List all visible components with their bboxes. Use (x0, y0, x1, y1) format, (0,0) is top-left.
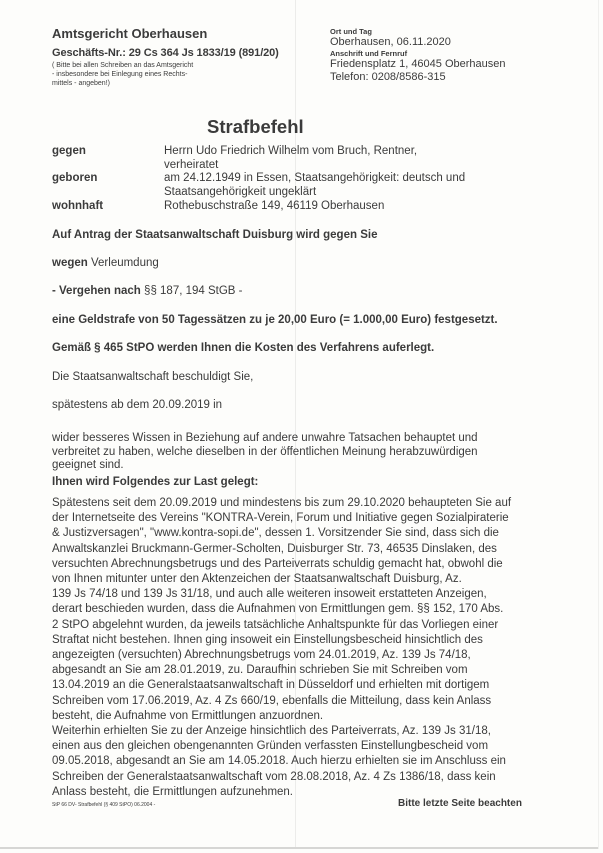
text-line: & Justizversagen", "www.kontra-sopi.de",… (52, 526, 572, 541)
note-line: - insbesondere bei Einlegung eines Recht… (52, 70, 242, 79)
court-name: Amtsgericht Oberhausen (52, 26, 207, 41)
application-line: Auf Antrag der Staatsanwaltschaft Duisbu… (52, 229, 377, 241)
value-gegen-line2: verheiratet (164, 159, 218, 171)
value-geboren-line2: Staatsangehörigkeit ungeklärt (164, 186, 316, 198)
because-offense: Verleumdung (91, 257, 159, 269)
label-gegen: gegen (52, 145, 86, 157)
form-identifier: StP 66 DV- Strafbefehl (§ 409 StPO) 06.2… (52, 802, 155, 808)
charges-body: Spätestens seit dem 20.09.2019 und minde… (52, 496, 572, 800)
document-title: Strafbefehl (207, 116, 304, 138)
because-line: wegen Verleumdung (52, 257, 159, 269)
text-line: Schreiben vom 17.06.2019, Az. 4 Zs 660/1… (52, 694, 572, 709)
fine-line: eine Geldstrafe von 50 Tagessätzen zu je… (52, 314, 498, 326)
text-line: wider besseres Wissen in Beziehung auf a… (52, 432, 478, 446)
page-edge-right (598, 0, 599, 849)
note-line: mittels - angeben!) (52, 79, 242, 88)
offense-prefix: - Vergehen nach (52, 285, 141, 297)
case-number: Geschäfts-Nr.: 29 Cs 364 Js 1833/19 (891… (52, 47, 279, 59)
text-line: geeignet sind. (52, 459, 478, 473)
accusation-intro: Die Staatsanwaltschaft beschuldigt Sie, (52, 371, 253, 383)
text-line: Straftat nicht bestehen. Ihnen ging inso… (52, 633, 572, 648)
text-line: von Ihnen mitunter unter den Aktenzeiche… (52, 572, 572, 587)
text-line: verbreitet zu haben, welche dieselben in… (52, 446, 478, 460)
text-line: versuchten Abrechnungsbetrugs und des Pa… (52, 557, 572, 572)
case-number-note: ( Bitte bei allen Schreiben an das Amtsg… (52, 61, 242, 88)
costs-line: Gemäß § 465 StPO werden Ihnen die Kosten… (52, 342, 434, 354)
text-line: besteht, die Aufnahme von Ermittlungen a… (52, 709, 572, 724)
text-line: Weiterhin erhielten Sie zu der Anzeige h… (52, 724, 572, 739)
note-line: ( Bitte bei allen Schreiben an das Amtsg… (52, 61, 242, 70)
text-line: abgesandt an Sie am 28.01.2019, zu. Dara… (52, 663, 572, 678)
text-line: derart beschieden wurden, dass die Aufna… (52, 602, 572, 617)
text-line: Spätestens seit dem 20.09.2019 und minde… (52, 496, 572, 511)
value-gegen-line1: Herrn Udo Friedrich Wilhelm vom Bruch, R… (164, 145, 417, 157)
text-line: angezeigten (versuchten) Abrechnungsbetr… (52, 648, 572, 663)
offense-line: - Vergehen nach §§ 187, 194 StGB - (52, 285, 243, 297)
text-line: 2 StPO abgelehnt wurden, da jeweils tats… (52, 618, 572, 633)
value-geboren-line1: am 24.12.1949 in Essen, Staatsangehörigk… (164, 172, 465, 184)
text-line: Anwaltskanzlei Bruckmann-Germer-Scholten… (52, 542, 572, 557)
text-line: einen aus den gleichen obengenannten Grü… (52, 739, 572, 754)
accusation-description: wider besseres Wissen in Beziehung auf a… (52, 432, 478, 473)
text-line: 09.05.2018, abgesandt an Sie am 14.05.20… (52, 754, 572, 769)
label-geboren: geboren (52, 172, 97, 184)
text-line: Schreiben der Generalstaatsanwaltschaft … (52, 770, 572, 785)
charges-heading: Ihnen wird Folgendes zur Last gelegt: (52, 476, 258, 488)
place-date: Oberhausen, 06.11.2020 (330, 36, 451, 48)
text-line: 139 Js 74/18 und 139 Js 31/18, und auch … (52, 587, 572, 602)
because-prefix: wegen (52, 257, 88, 269)
accusation-since: spätestens ab dem 20.09.2019 in (52, 399, 222, 411)
address-label: Anschrift und Fernruf (330, 49, 407, 58)
court-phone: Telefon: 0208/8586-315 (330, 71, 446, 83)
last-page-notice: Bitte letzte Seite beachten (398, 798, 522, 809)
label-wohnhaft: wohnhaft (52, 200, 103, 212)
text-line: 13.04.2019 an die Generalstaatsanwaltsch… (52, 678, 572, 693)
text-line: der Internetseite des Vereins "KONTRA-Ve… (52, 511, 572, 526)
page-edge-bottom (0, 847, 598, 849)
value-wohnhaft: Rothebuschstraße 149, 46119 Oberhausen (164, 200, 384, 212)
place-date-label: Ort und Tag (330, 27, 372, 36)
offense-paragraphs: §§ 187, 194 StGB - (144, 285, 242, 297)
court-address: Friedensplatz 1, 46045 Oberhausen (330, 58, 506, 70)
document-page: Amtsgericht Oberhausen Geschäfts-Nr.: 29… (0, 0, 603, 853)
